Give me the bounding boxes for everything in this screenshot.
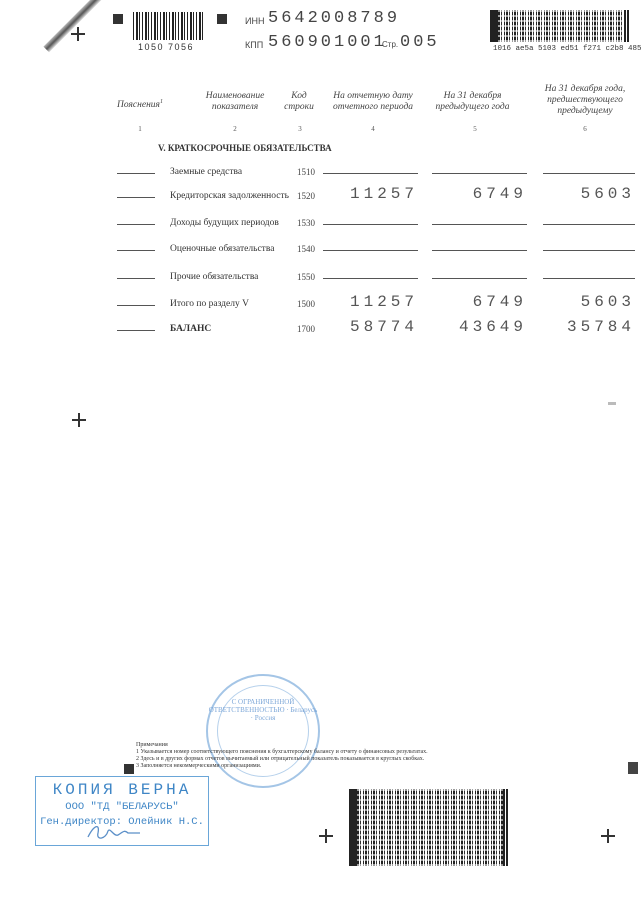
value-v4: 58774 bbox=[323, 318, 418, 336]
pdf417-barcode bbox=[349, 789, 509, 866]
pdf417-barcode bbox=[490, 10, 630, 42]
value-v5: 43649 bbox=[432, 318, 527, 336]
notes: Примечания 1 Указывается номер соответст… bbox=[136, 742, 428, 770]
empty-value-dash bbox=[543, 224, 635, 225]
barcode bbox=[133, 12, 205, 40]
page-label: Стр. bbox=[382, 40, 398, 49]
row-code: 1540 bbox=[297, 244, 315, 254]
value-v6: 35784 bbox=[543, 318, 635, 336]
row-code: 1510 bbox=[297, 167, 315, 177]
table-row: Доходы будущих периодов1530 bbox=[0, 218, 642, 238]
explanation-dash bbox=[117, 305, 155, 306]
explanation-dash bbox=[117, 250, 155, 251]
col-header-current: На отчетную дату отчетного периода bbox=[318, 91, 428, 113]
row-code: 1520 bbox=[297, 191, 315, 201]
empty-value-dash bbox=[543, 278, 635, 279]
registration-mark bbox=[113, 14, 123, 24]
note-item: 2 Здесь и в других формах отчетов вычита… bbox=[136, 756, 428, 763]
empty-value-dash bbox=[432, 250, 527, 251]
empty-value-dash bbox=[323, 278, 418, 279]
inn-label: ИНН bbox=[245, 16, 264, 26]
col-number: 5 bbox=[465, 125, 485, 133]
value-v5: 6749 bbox=[432, 293, 527, 311]
empty-value-dash bbox=[432, 224, 527, 225]
empty-value-dash bbox=[323, 250, 418, 251]
indicator-name: Прочие обязательства bbox=[170, 272, 258, 282]
note-item: 1 Указывается номер соответствующего поя… bbox=[136, 749, 428, 756]
registration-mark bbox=[217, 14, 227, 24]
scan-artifact bbox=[608, 402, 616, 405]
indicator-name: БАЛАНС bbox=[170, 324, 211, 334]
explanation-dash bbox=[117, 173, 155, 174]
registration-mark bbox=[124, 764, 134, 774]
value-v6: 5603 bbox=[543, 293, 635, 311]
col-sup: 1 bbox=[160, 99, 163, 105]
crosshair-mark bbox=[71, 27, 85, 41]
empty-value-dash bbox=[323, 173, 418, 174]
crosshair-mark bbox=[601, 829, 615, 843]
section-title: V. КРАТКОСРОЧНЫЕ ОБЯЗАТЕЛЬСТВА bbox=[158, 143, 332, 153]
col-header-code: Код строки bbox=[284, 91, 314, 113]
empty-value-dash bbox=[323, 224, 418, 225]
row-code: 1700 bbox=[297, 324, 315, 334]
row-code: 1530 bbox=[297, 218, 315, 228]
table-row: Заемные средства1510 bbox=[0, 167, 642, 187]
empty-value-dash bbox=[543, 173, 635, 174]
indicator-name: Доходы будущих периодов bbox=[170, 218, 279, 228]
value-v4: 11257 bbox=[323, 185, 418, 203]
explanation-dash bbox=[117, 197, 155, 198]
certified-copy-stamp: КОПИЯ ВЕРНА ООО "ТД "БЕЛАРУСЬ" Ген.дирек… bbox=[35, 776, 209, 846]
table-row: Кредиторская задолженность15201125767495… bbox=[0, 191, 642, 211]
col-header-explanations: Пояснения1 bbox=[110, 97, 170, 111]
row-code: 1500 bbox=[297, 299, 315, 309]
stamp-line-1: КОПИЯ ВЕРНА bbox=[36, 781, 208, 799]
crosshair-mark bbox=[319, 829, 333, 843]
col-header-prev-year: На 31 декабря предыдущего года bbox=[425, 91, 520, 113]
explanation-dash bbox=[117, 224, 155, 225]
stamp-line-2: ООО "ТД "БЕЛАРУСЬ" bbox=[36, 801, 208, 813]
table-row: Оценочные обязательства1540 bbox=[0, 244, 642, 264]
empty-value-dash bbox=[432, 278, 527, 279]
indicator-name: Итого по разделу V bbox=[170, 299, 249, 309]
barcode-number: 1050 7056 bbox=[138, 42, 194, 52]
row-code: 1550 bbox=[297, 272, 315, 282]
table-row: Итого по разделу V15001125767495603 bbox=[0, 299, 642, 319]
indicator-name: Кредиторская задолженность bbox=[170, 191, 289, 201]
col-number: 3 bbox=[290, 125, 310, 133]
col-header-indicator: Наименование показателя bbox=[190, 91, 280, 113]
indicator-name: Заемные средства bbox=[170, 167, 242, 177]
signature bbox=[84, 821, 144, 843]
kpp-value: 560901001 bbox=[268, 33, 387, 52]
crosshair-mark bbox=[72, 413, 86, 427]
explanation-dash bbox=[117, 278, 155, 279]
col-label: Пояснения bbox=[117, 100, 160, 110]
pdf417-code: 1016 ae5a 5103 ed51 f271 c2b8 4857 0 bbox=[493, 45, 642, 53]
col-number: 1 bbox=[130, 125, 150, 133]
registration-mark bbox=[628, 762, 638, 774]
value-v4: 11257 bbox=[323, 293, 418, 311]
empty-value-dash bbox=[432, 173, 527, 174]
value-v6: 5603 bbox=[543, 185, 635, 203]
kpp-label: КПП bbox=[245, 40, 263, 50]
explanation-dash bbox=[117, 330, 155, 331]
empty-value-dash bbox=[543, 250, 635, 251]
table-row: Прочие обязательства1550 bbox=[0, 272, 642, 292]
page-number: 005 bbox=[400, 33, 440, 52]
indicator-name: Оценочные обязательства bbox=[170, 244, 274, 254]
col-number: 6 bbox=[575, 125, 595, 133]
seal-text: С ОГРАНИЧЕННОЙ ОТВЕТСТВЕННОСТЬЮ · Белару… bbox=[208, 698, 318, 722]
company-seal: С ОГРАНИЧЕННОЙ ОТВЕТСТВЕННОСТЬЮ · Белару… bbox=[206, 674, 320, 788]
value-v5: 6749 bbox=[432, 185, 527, 203]
table-row: БАЛАНС1700587744364935784 bbox=[0, 324, 642, 344]
notes-title: Примечания bbox=[136, 742, 428, 749]
col-number: 2 bbox=[225, 125, 245, 133]
inn-value: 5642008789 bbox=[268, 9, 400, 28]
col-number: 4 bbox=[363, 125, 383, 133]
note-item: 3 Заполняется некоммерческими организаци… bbox=[136, 763, 428, 770]
col-header-prev-prev-year: На 31 декабря года, предшествующего пред… bbox=[535, 84, 635, 117]
